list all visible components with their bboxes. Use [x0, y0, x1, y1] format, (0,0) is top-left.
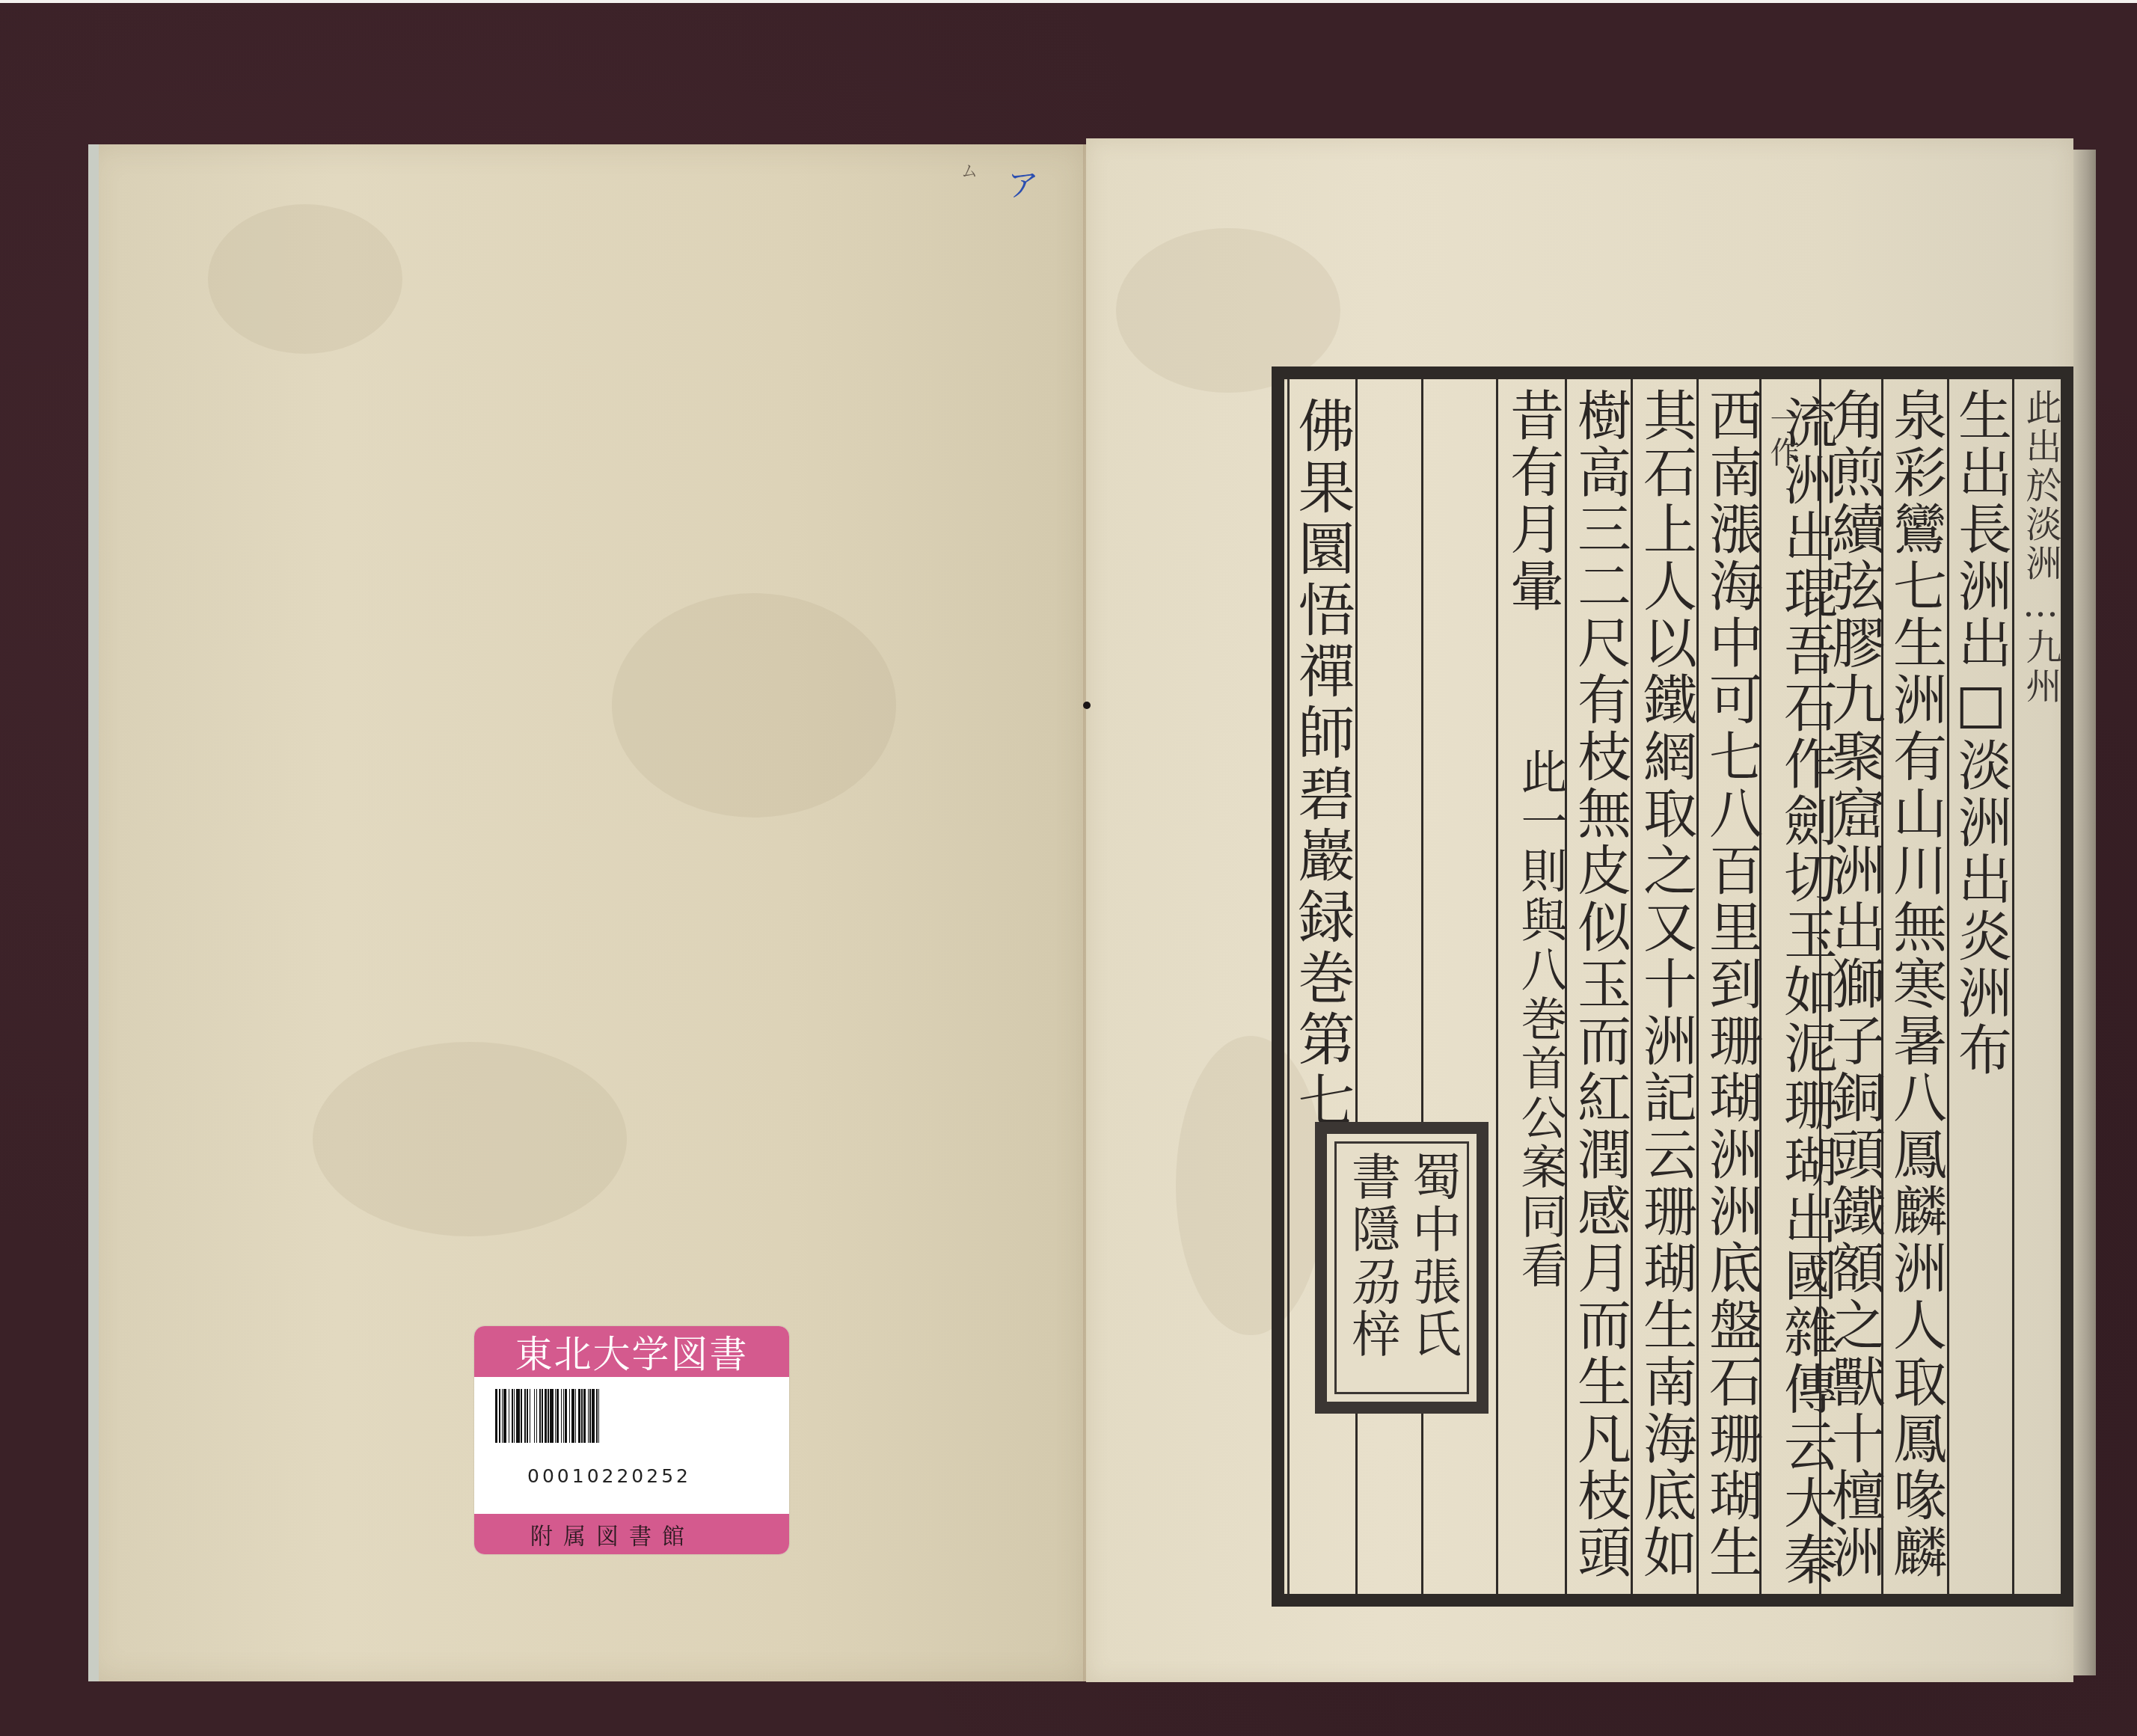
label-footer: 附属図書館 [474, 1514, 789, 1554]
paper-stain [612, 593, 896, 818]
paper-stain [313, 1042, 627, 1236]
catalog-mark: ア [1008, 161, 1039, 206]
seal-left-column: 書隱刕梓 [1342, 1151, 1402, 1384]
text-column: 樹高三二尺有枝無皮似玉而紅潤感月而生凡枝頭 [1568, 387, 1632, 1581]
binding-hole [1083, 702, 1091, 709]
page-block-edge [2073, 150, 2096, 1675]
publisher-seal: 蜀中張氏 書隱刕梓 [1315, 1122, 1488, 1414]
left-page-edge [88, 144, 99, 1681]
library-label: 東北大学図書 00010220252 附属図書館 [474, 1326, 789, 1554]
commentary-note: 此一則與八巻首公案同看 [1503, 748, 1568, 1291]
volume-title: 佛果圜悟禪師碧巖録巻第七 [1290, 396, 1354, 1132]
text-column: 泉彩鸞七生洲有山川無寒暑八鳳麟洲人取鳳喙麟 [1883, 387, 1948, 1581]
paper-stain [208, 204, 402, 354]
text-column: 流洲出琨吾石作劍切玉如泥珊瑚出國雜傳云大秦 [1774, 395, 1839, 1589]
pencil-mark: ム [961, 159, 978, 182]
text-column-top: 昔有月暈 [1500, 387, 1565, 615]
margin-column: 此出於淡洲…九州 [2020, 389, 2061, 706]
text-column: 其石上人以鐵網取之又十洲記云珊瑚生南海底如 [1634, 387, 1698, 1581]
column-divider [1496, 379, 1498, 1594]
barcode[interactable] [495, 1389, 766, 1443]
variant-note: 一作 [1762, 404, 1803, 470]
text-column: 西南漲海中可七八百里到珊瑚洲洲底盤石珊瑚生 [1699, 387, 1764, 1581]
text-column: 生出長洲出□淡洲出炎洲布 [1949, 387, 2013, 1079]
barcode-number: 00010220252 [474, 1465, 789, 1487]
seal-right-column: 蜀中張氏 [1402, 1151, 1462, 1384]
label-header: 東北大学図書 [474, 1326, 789, 1377]
scan-edge [0, 0, 2137, 3]
